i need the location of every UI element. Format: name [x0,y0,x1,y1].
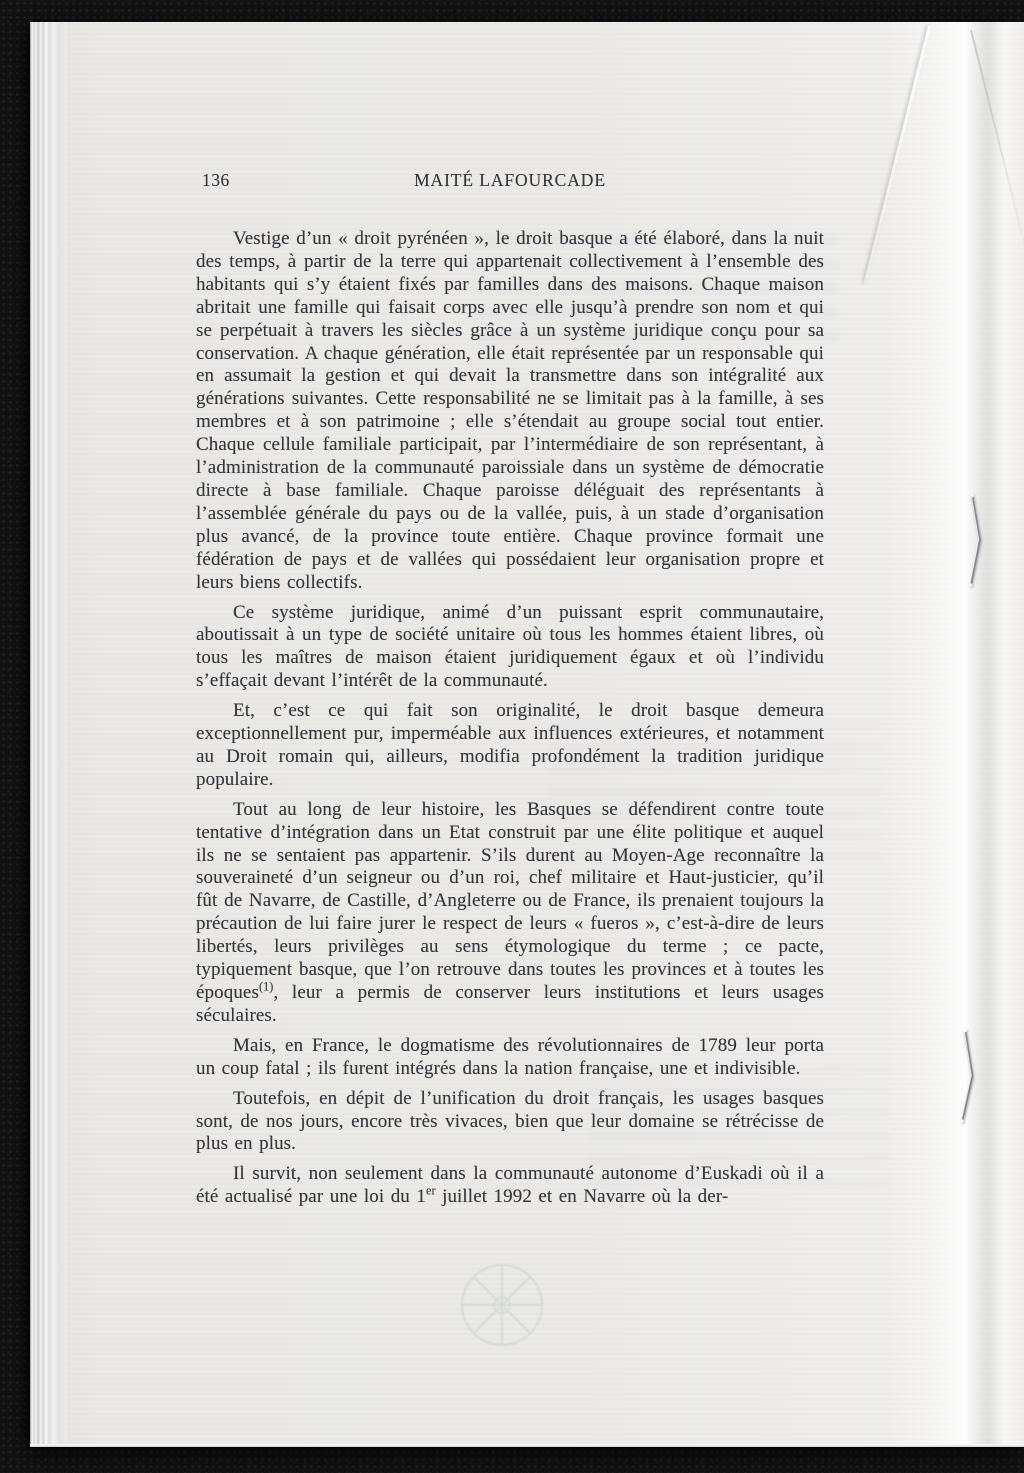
staple-icon [958,1028,976,1124]
paragraph: Vestige d’un « droit pyrénéen », le droi… [196,228,824,595]
book-page: 136 MAITÉ LAFOURCADE Vestige d’un « droi… [30,22,1024,1445]
corner-crease-line [864,26,931,284]
paragraph: Ce système juridique, animé d’un puissan… [196,602,824,694]
text-run: Mais, en France, le dogmatisme des révol… [196,1035,824,1079]
superscript-run: er [426,1184,436,1198]
text-run: Vestige d’un « droit pyrénéen », le droi… [196,228,824,593]
stacked-page-edges [30,22,67,1445]
text-run: Tout au long de leur histoire, les Basqu… [196,799,824,1003]
rosette-watermark-icon [455,1258,549,1352]
paragraph: Toutefois, en dépit de l’unification du … [196,1088,824,1157]
corner-crease-line [970,30,1024,268]
page-gutter-sheen [884,22,1024,1445]
superscript-run: (1) [259,980,273,994]
text-run: juillet 1992 et en Navarre où la der- [436,1186,729,1207]
printed-content: 136 MAITÉ LAFOURCADE Vestige d’un « droi… [196,170,824,1209]
page-header: 136 MAITÉ LAFOURCADE [196,170,824,194]
text-run: Toutefois, en dépit de l’unification du … [196,1088,824,1155]
paragraph: Mais, en France, le dogmatisme des révol… [196,1035,824,1081]
running-header: MAITÉ LAFOURCADE [196,170,824,191]
page-number: 136 [202,170,230,191]
text-run: Ce système juridique, animé d’un puissan… [196,602,824,692]
paragraph: Et, c’est ce qui fait son originalité, l… [196,700,824,792]
paragraph: Il survit, non seulement dans la communa… [196,1163,824,1209]
page-body: Vestige d’un « droit pyrénéen », le droi… [196,228,824,1209]
text-run: , leur a permis de conserver leurs insti… [196,982,824,1026]
text-run: Et, c’est ce qui fait son originalité, l… [196,700,824,790]
book-photo: 136 MAITÉ LAFOURCADE Vestige d’un « droi… [0,0,1024,1473]
staple-icon [966,493,984,589]
paragraph: Tout au long de leur histoire, les Basqu… [196,799,824,1028]
